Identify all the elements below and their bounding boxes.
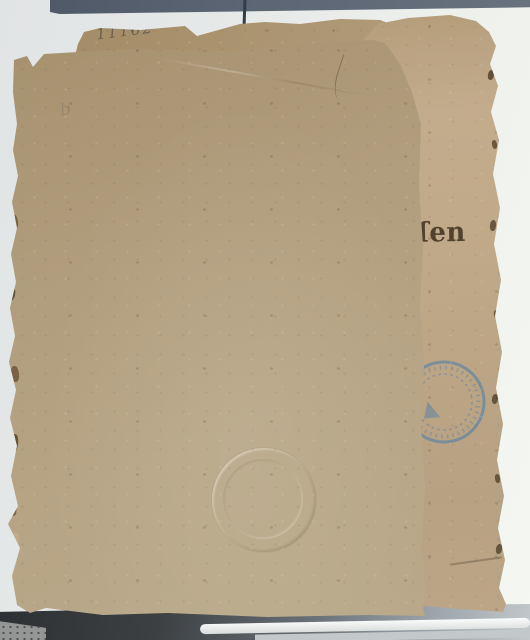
booklet-crease: [450, 556, 502, 565]
seal-inner-ring: [223, 459, 303, 539]
front-cover: b: [8, 36, 434, 618]
torn-edge-chip: [495, 544, 503, 555]
thin-cord-line: [243, 0, 246, 27]
photo-scene-table-surface: 11162 ſſen b: [0, 0, 530, 640]
torn-edge-chip: [487, 69, 495, 80]
background-gray-ledge: [50, 0, 530, 14]
torn-edge-chip: [491, 140, 497, 150]
blind-embossed-seal: [212, 448, 316, 552]
handwritten-inventory-number: 11162: [95, 19, 154, 44]
torn-edge-chip: [493, 310, 500, 320]
torn-edge-chip: [10, 366, 20, 383]
torn-edge-chip: [6, 497, 18, 516]
paper-texture: [8, 36, 434, 618]
pencil-mark: b: [58, 99, 72, 121]
torn-edge-chip: [9, 213, 19, 229]
pencil-squiggle: [330, 54, 360, 101]
torn-edge-chip: [7, 287, 17, 301]
torn-edge-chip: [494, 474, 500, 484]
torn-edge-chip: [7, 531, 21, 547]
torn-edge-chip: [8, 433, 20, 454]
torn-edge-chip: [489, 220, 496, 232]
torn-edge-chip: [491, 394, 498, 405]
